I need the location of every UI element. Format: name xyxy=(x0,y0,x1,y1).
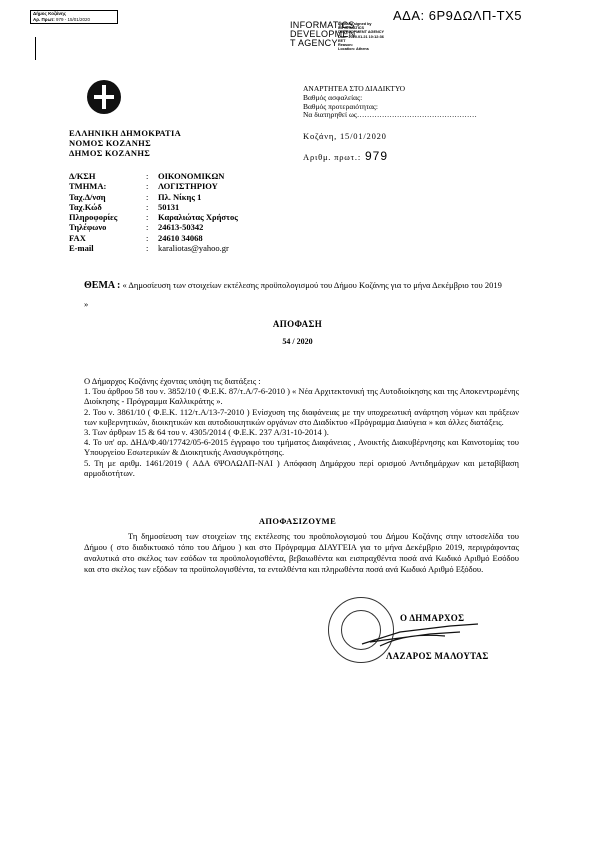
contact-row: Πληροφορίες:Καραλιώτας Χρήστος xyxy=(69,212,238,222)
stamp-protocol-value: 979 - 15/01/2020 xyxy=(56,17,90,22)
contact-value: 24610 34068 xyxy=(158,233,203,243)
issuing-authority: ΕΛΛΗΝΙΚΗ ΔΗΜΟΚΡΑΤΙΑ ΝΟΜΟΣ ΚΟΖΑΝΗΣ ΔΗΜΟΣ … xyxy=(69,128,181,158)
authority-line: ΕΛΛΗΝΙΚΗ ΔΗΜΟΚΡΑΤΙΑ xyxy=(69,128,181,138)
contact-row: Τηλέφωνο:24613-50342 xyxy=(69,222,238,232)
contact-value: ΛΟΓΙΣΤΗΡΙΟΥ xyxy=(158,181,218,191)
contact-label: E-mail xyxy=(69,243,146,253)
handwritten-signature-icon xyxy=(360,622,480,648)
retention: Να διατηρηθεί ως………………………………………… xyxy=(303,111,477,120)
stamp-protocol-label: Αρ. Πρωτ: xyxy=(33,17,55,22)
considering-item: 2. Του ν. 3861/10 ( Φ.Ε.Κ. 112/τ.Α/13-7-… xyxy=(84,407,519,427)
signer-role: Ο ΔΗΜΑΡΧΟΣ xyxy=(400,613,464,623)
contact-value: Καραλιώτας Χρήστος xyxy=(158,212,238,222)
margin-line xyxy=(35,37,36,60)
contact-row: Ταχ.Δ/νση:Πλ. Νίκης 1 xyxy=(69,192,238,202)
ada-code: ΑΔΑ: 6Ρ9ΔΩΛΠ-ΤΧ5 xyxy=(393,8,522,23)
publication-notice: ΑΝΑΡΤΗΤΕΑ ΣΤΟ ΔΙΑΔΙΚΤΥΟ Βαθμός ασφαλείας… xyxy=(303,85,477,120)
contact-value: 50131 xyxy=(158,202,179,212)
decision-title: ΑΠΟΦΑΣΗ xyxy=(0,319,595,329)
contact-details: Δ/ΚΣΗ:ΟΙΚΟΝΟΜΙΚΩΝ ΤΜΗΜΑ::ΛΟΓΙΣΤΗΡΙΟΥ Ταχ… xyxy=(69,171,238,253)
considering-item: 1. Του άρθρου 58 του ν. 3852/10 ( Φ.Ε.Κ.… xyxy=(84,386,519,406)
decision-number: 54 / 2020 xyxy=(0,337,595,346)
contact-email[interactable]: karaliotas@yahoo.gr xyxy=(158,243,229,253)
subject-text: « Δημοσίευση των στοιχείων εκτέλεσης προ… xyxy=(84,280,502,309)
authority-line: ΝΟΜΟΣ ΚΟΖΑΝΗΣ xyxy=(69,138,181,148)
contact-label: Ταχ.Δ/νση xyxy=(69,192,146,202)
considering-item: 4. Το υπ' αρ. ΔΗΔ/Φ.40/17742/05-6-2015 έ… xyxy=(84,437,519,457)
considering-section: Ο Δήμαρχος Κοζάνης έχοντας υπόψη τις δια… xyxy=(84,376,519,478)
subject-label: ΘΕΜΑ : xyxy=(84,280,120,291)
contact-value: ΟΙΚΟΝΟΜΙΚΩΝ xyxy=(158,171,224,181)
contact-row: Ταχ.Κώδ:50131 xyxy=(69,202,238,212)
considering-item: 5. Τη με αριθμ. 1461/2019 ( ΑΔΑ 6ΨΟΛΩΛΠ-… xyxy=(84,458,519,478)
authority-line: ΔΗΜΟΣ ΚΟΖΑΝΗΣ xyxy=(69,148,181,158)
contact-label: Δ/ΚΣΗ xyxy=(69,171,146,181)
contact-label: Τηλέφωνο xyxy=(69,222,146,232)
signer-name: ΛΑΖΑΡΟΣ ΜΑΛΟΥΤΑΣ xyxy=(386,651,489,661)
greek-emblem-icon xyxy=(87,80,121,114)
contact-row: E-mail:karaliotas@yahoo.gr xyxy=(69,243,238,253)
place-date: Κοζάνη, 15/01/2020 xyxy=(303,131,387,141)
protocol-handwritten-number: 979 xyxy=(365,149,388,163)
contact-label: FAX xyxy=(69,233,146,243)
protocol-number: Αριθμ. πρωτ.:979 xyxy=(303,149,388,163)
decide-text: Τη δημοσίευση των στοιχείων της εκτέλεση… xyxy=(84,531,519,574)
contact-label: Ταχ.Κώδ xyxy=(69,202,146,212)
subject: ΘΕΜΑ : « Δημοσίευση των στοιχείων εκτέλε… xyxy=(84,276,504,314)
contact-label: ΤΜΗΜΑ: xyxy=(69,181,146,191)
considering-intro: Ο Δήμαρχος Κοζάνης έχοντας υπόψη τις δια… xyxy=(84,376,519,386)
contact-row: FAX:24610 34068 xyxy=(69,233,238,243)
contact-row: Δ/ΚΣΗ:ΟΙΚΟΝΟΜΙΚΩΝ xyxy=(69,171,238,181)
protocol-stamp-box: Δήμος Κοζάνης Αρ. Πρωτ: 979 - 15/01/2020 xyxy=(30,10,118,24)
decide-title: ΑΠΟΦΑΣΙΖΟΥΜΕ xyxy=(0,516,595,526)
contact-row: ΤΜΗΜΑ::ΛΟΓΙΣΤΗΡΙΟΥ xyxy=(69,181,238,191)
decide-body: Τη δημοσίευση των στοιχείων της εκτέλεση… xyxy=(84,531,519,575)
digital-signature-meta: Digitally signed by INFORMATICS DEVELOPM… xyxy=(338,22,384,51)
meta-line: DEVELOPMENT AGENCY xyxy=(338,30,384,34)
contact-label: Πληροφορίες xyxy=(69,212,146,222)
contact-value: 24613-50342 xyxy=(158,222,203,232)
contact-value: Πλ. Νίκης 1 xyxy=(158,192,201,202)
considering-item: 3. Των άρθρων 15 & 64 του ν. 4305/2014 (… xyxy=(84,427,519,437)
protocol-label: Αριθμ. πρωτ.: xyxy=(303,152,361,162)
meta-line: Location: Athens xyxy=(338,47,384,51)
